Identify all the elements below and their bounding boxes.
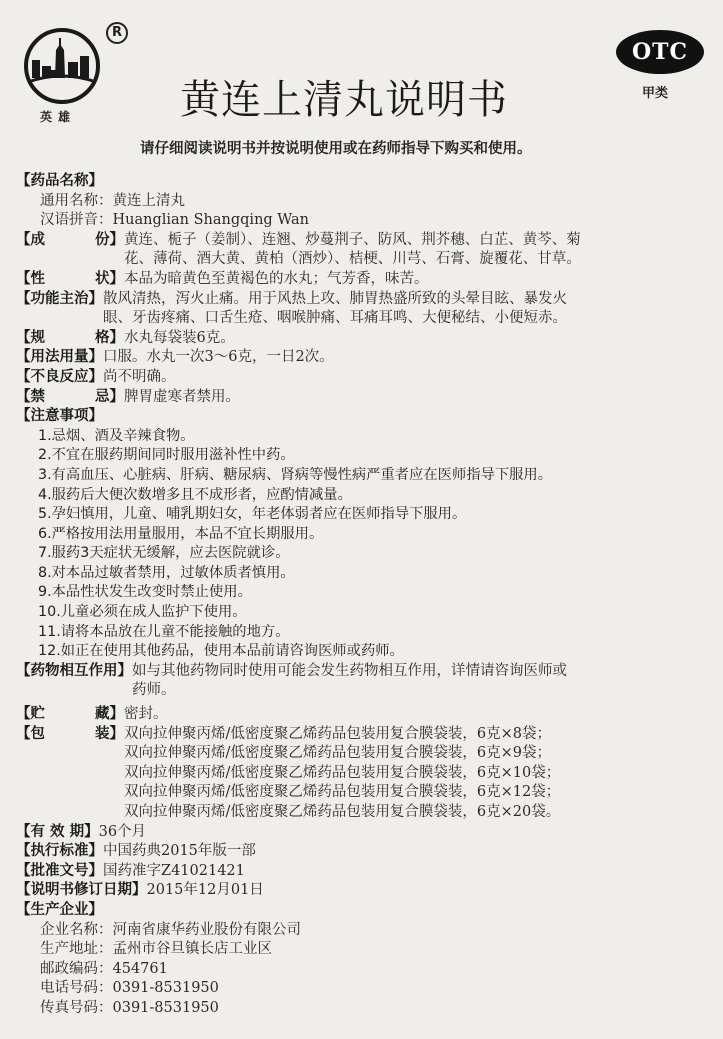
text-line: 药师。 — [132, 681, 567, 701]
section-approval-number: 【批准文号】 国药准字Z41021421 — [16, 862, 716, 882]
packaging-line: 双向拉伸聚丙烯/低密度聚乙烯药品包装用复合膜袋装，6克×10袋； — [124, 764, 560, 784]
packaging-line: 双向拉伸聚丙烯/低密度聚乙烯药品包装用复合膜袋装，6克×20袋。 — [124, 803, 560, 823]
section-specification: 【规格】 水丸每袋装6克。 — [16, 329, 716, 349]
section-label: 【不良反应】 — [16, 368, 103, 388]
field-key: 通用名称： — [40, 193, 113, 209]
section-label: 【贮藏】 — [16, 705, 124, 725]
section-label: 【说明书修订日期】 — [16, 881, 147, 901]
section-value: 中国药典2015年版一部 — [103, 842, 256, 862]
field-value: 孟州市谷旦镇长店工业区 — [113, 941, 273, 957]
precaution-item: 12.如正在使用其他药品，使用本品前请咨询医师或药师。 — [16, 642, 716, 662]
precaution-item: 7.服药3天症状无缓解，应去医院就诊。 — [16, 544, 716, 564]
section-value: 本品为暗黄色至黄褐色的水丸；气芳香，味苦。 — [124, 270, 429, 290]
section-label: 【用法用量】 — [16, 348, 103, 368]
precaution-item: 3.有高血压、心脏病、肝病、糖尿病、肾病等慢性病严重者应在医师指导下服用。 — [16, 466, 716, 486]
packaging-line: 双向拉伸聚丙烯/低密度聚乙烯药品包装用复合膜袋装，6克×9袋； — [124, 744, 560, 764]
section-label: 【有 效 期】 — [16, 823, 99, 843]
section-storage: 【贮藏】 密封。 — [16, 705, 716, 725]
section-label: 【禁忌】 — [16, 388, 124, 408]
precaution-item: 6.严格按用法用量服用，本品不宜长期服用。 — [16, 525, 716, 545]
section-value: 水丸每袋装6克。 — [124, 329, 235, 349]
section-label: 【药品名称】 — [16, 172, 103, 192]
section-label: 【包装】 — [16, 725, 124, 823]
field-value: 454761 — [113, 961, 168, 977]
section-precautions: 【注意事项】 — [16, 407, 716, 427]
section-revision-date: 【说明书修订日期】 2015年12月01日 — [16, 881, 716, 901]
section-appearance: 【性状】 本品为暗黄色至黄褐色的水丸；气芳香，味苦。 — [16, 270, 716, 290]
page-subtitle: 请仔细阅读说明书并按说明使用或在药师指导下购买和使用。 — [140, 137, 532, 158]
section-label: 【规格】 — [16, 329, 124, 349]
section-interactions: 【药物相互作用】 如与其他药物同时使用可能会发生药物相互作用，详情请咨询医师或 … — [16, 662, 716, 701]
section-value: 国药准字Z41021421 — [103, 862, 245, 882]
precaution-item: 5.孕妇慎用，儿童、哺乳期妇女，年老体弱者应在医师指导下服用。 — [16, 505, 716, 525]
field-key: 邮政编码： — [40, 961, 113, 977]
section-value: 口服。水丸一次3～6克，一日2次。 — [103, 348, 334, 368]
section-standard: 【执行标准】 中国药典2015年版一部 — [16, 842, 716, 862]
section-label: 【功能主治】 — [16, 290, 103, 329]
pinyin-row: 汉语拼音：Huanglian Shangqing Wan — [16, 211, 716, 231]
manufacturer-fax-row: 传真号码：0391-8531950 — [16, 999, 716, 1019]
otc-badge: OTC — [616, 30, 704, 74]
generic-name-row: 通用名称：黄连上清丸 — [16, 192, 716, 212]
section-value: 黄连、栀子（姜制）、连翘、炒蔓荆子、防风、荆芥穗、白芷、黄芩、菊 花、薄荷、酒大… — [124, 231, 581, 270]
registered-trademark-icon: R — [106, 22, 128, 44]
section-value: 如与其他药物同时使用可能会发生药物相互作用，详情请咨询医师或 药师。 — [132, 662, 567, 701]
field-value: 河南省康华药业股份有限公司 — [113, 922, 302, 938]
packaging-line: 双向拉伸聚丙烯/低密度聚乙烯药品包装用复合膜袋装，6克×12袋； — [124, 783, 560, 803]
precaution-item: 8.对本品过敏者禁用，过敏体质者慎用。 — [16, 564, 716, 584]
precaution-item: 10.儿童必须在成人监护下使用。 — [16, 603, 716, 623]
section-contraindications: 【禁忌】 脾胃虚寒者禁用。 — [16, 388, 716, 408]
text-line: 眼、牙齿疼痛、口舌生疮、咽喉肿痛、耳痛耳鸣、大便秘结、小便短赤。 — [103, 309, 567, 329]
field-value: 0391-8531950 — [113, 1000, 219, 1016]
section-value: 36个月 — [99, 823, 146, 843]
section-label: 【药物相互作用】 — [16, 662, 132, 701]
section-value: 密封。 — [124, 705, 168, 725]
pinyin-value: Huanglian Shangqing Wan — [113, 212, 309, 228]
text-line: 黄连、栀子（姜制）、连翘、炒蔓荆子、防风、荆芥穗、白芷、黄芩、菊 — [124, 231, 581, 251]
section-dosage: 【用法用量】 口服。水丸一次3～6克，一日2次。 — [16, 348, 716, 368]
field-key: 企业名称： — [40, 922, 113, 938]
precaution-item: 9.本品性状发生改变时禁止使用。 — [16, 583, 716, 603]
packaging-line: 双向拉伸聚丙烯/低密度聚乙烯药品包装用复合膜袋装，6克×8袋； — [124, 725, 560, 745]
text-line: 散风清热，泻火止痛。用于风热上攻、肺胃热盛所致的头晕目眩、暴发火 — [103, 290, 567, 310]
field-value: 0391-8531950 — [113, 980, 219, 996]
section-value: 2015年12月01日 — [147, 881, 264, 901]
section-ingredients: 【成份】 黄连、栀子（姜制）、连翘、炒蔓荆子、防风、荆芥穗、白芷、黄芩、菊 花、… — [16, 231, 716, 270]
section-label: 【性状】 — [16, 270, 124, 290]
section-manufacturer: 【生产企业】 — [16, 901, 716, 921]
manufacturer-phone-row: 电话号码：0391-8531950 — [16, 979, 716, 999]
otc-class-label: 甲类 — [642, 82, 668, 101]
brand-name: 英雄 — [40, 108, 76, 125]
section-label: 【生产企业】 — [16, 901, 103, 921]
section-label: 【批准文号】 — [16, 862, 103, 882]
section-indications: 【功能主治】 散风清热，泻火止痛。用于风热上攻、肺胃热盛所致的头晕目眩、暴发火 … — [16, 290, 716, 329]
page-title: 黄连上清丸说明书 — [180, 76, 508, 124]
section-shelf-life: 【有 效 期】 36个月 — [16, 823, 716, 843]
section-label: 【成份】 — [16, 231, 124, 270]
section-value: 散风清热，泻火止痛。用于风热上攻、肺胃热盛所致的头晕目眩、暴发火 眼、牙齿疼痛、… — [103, 290, 567, 329]
manufacturer-postcode-row: 邮政编码：454761 — [16, 960, 716, 980]
skyline-emblem-icon — [22, 26, 102, 106]
section-adverse-reactions: 【不良反应】 尚不明确。 — [16, 368, 716, 388]
text-line: 如与其他药物同时使用可能会发生药物相互作用，详情请咨询医师或 — [132, 662, 567, 682]
precaution-item: 11.请将本品放在儿童不能接触的地方。 — [16, 623, 716, 643]
leaflet-body: 【药品名称】 通用名称：黄连上清丸 汉语拼音：Huanglian Shangqi… — [16, 172, 716, 1019]
section-value: 脾胃虚寒者禁用。 — [124, 388, 240, 408]
field-key: 汉语拼音： — [40, 212, 113, 228]
precaution-item: 1.忌烟、酒及辛辣食物。 — [16, 427, 716, 447]
generic-name-value: 黄连上清丸 — [113, 193, 186, 209]
precaution-item: 2.不宜在服药期间同时服用滋补性中药。 — [16, 446, 716, 466]
text-line: 花、薄荷、酒大黄、黄柏（酒炒）、桔梗、川芎、石膏、旋覆花、甘草。 — [124, 250, 581, 270]
field-key: 生产地址： — [40, 941, 113, 957]
section-value: 双向拉伸聚丙烯/低密度聚乙烯药品包装用复合膜袋装，6克×8袋； 双向拉伸聚丙烯/… — [124, 725, 560, 823]
brand-logo — [22, 26, 102, 106]
manufacturer-address-row: 生产地址：孟州市谷旦镇长店工业区 — [16, 940, 716, 960]
section-label: 【执行标准】 — [16, 842, 103, 862]
section-packaging: 【包装】 双向拉伸聚丙烯/低密度聚乙烯药品包装用复合膜袋装，6克×8袋； 双向拉… — [16, 725, 716, 823]
manufacturer-name-row: 企业名称：河南省康华药业股份有限公司 — [16, 921, 716, 941]
precaution-item: 4.服药后大便次数增多且不成形者，应酌情减量。 — [16, 486, 716, 506]
section-label: 【注意事项】 — [16, 407, 103, 427]
field-key: 电话号码： — [40, 980, 113, 996]
field-key: 传真号码： — [40, 1000, 113, 1016]
section-drug-name: 【药品名称】 — [16, 172, 716, 192]
section-value: 尚不明确。 — [103, 368, 176, 388]
